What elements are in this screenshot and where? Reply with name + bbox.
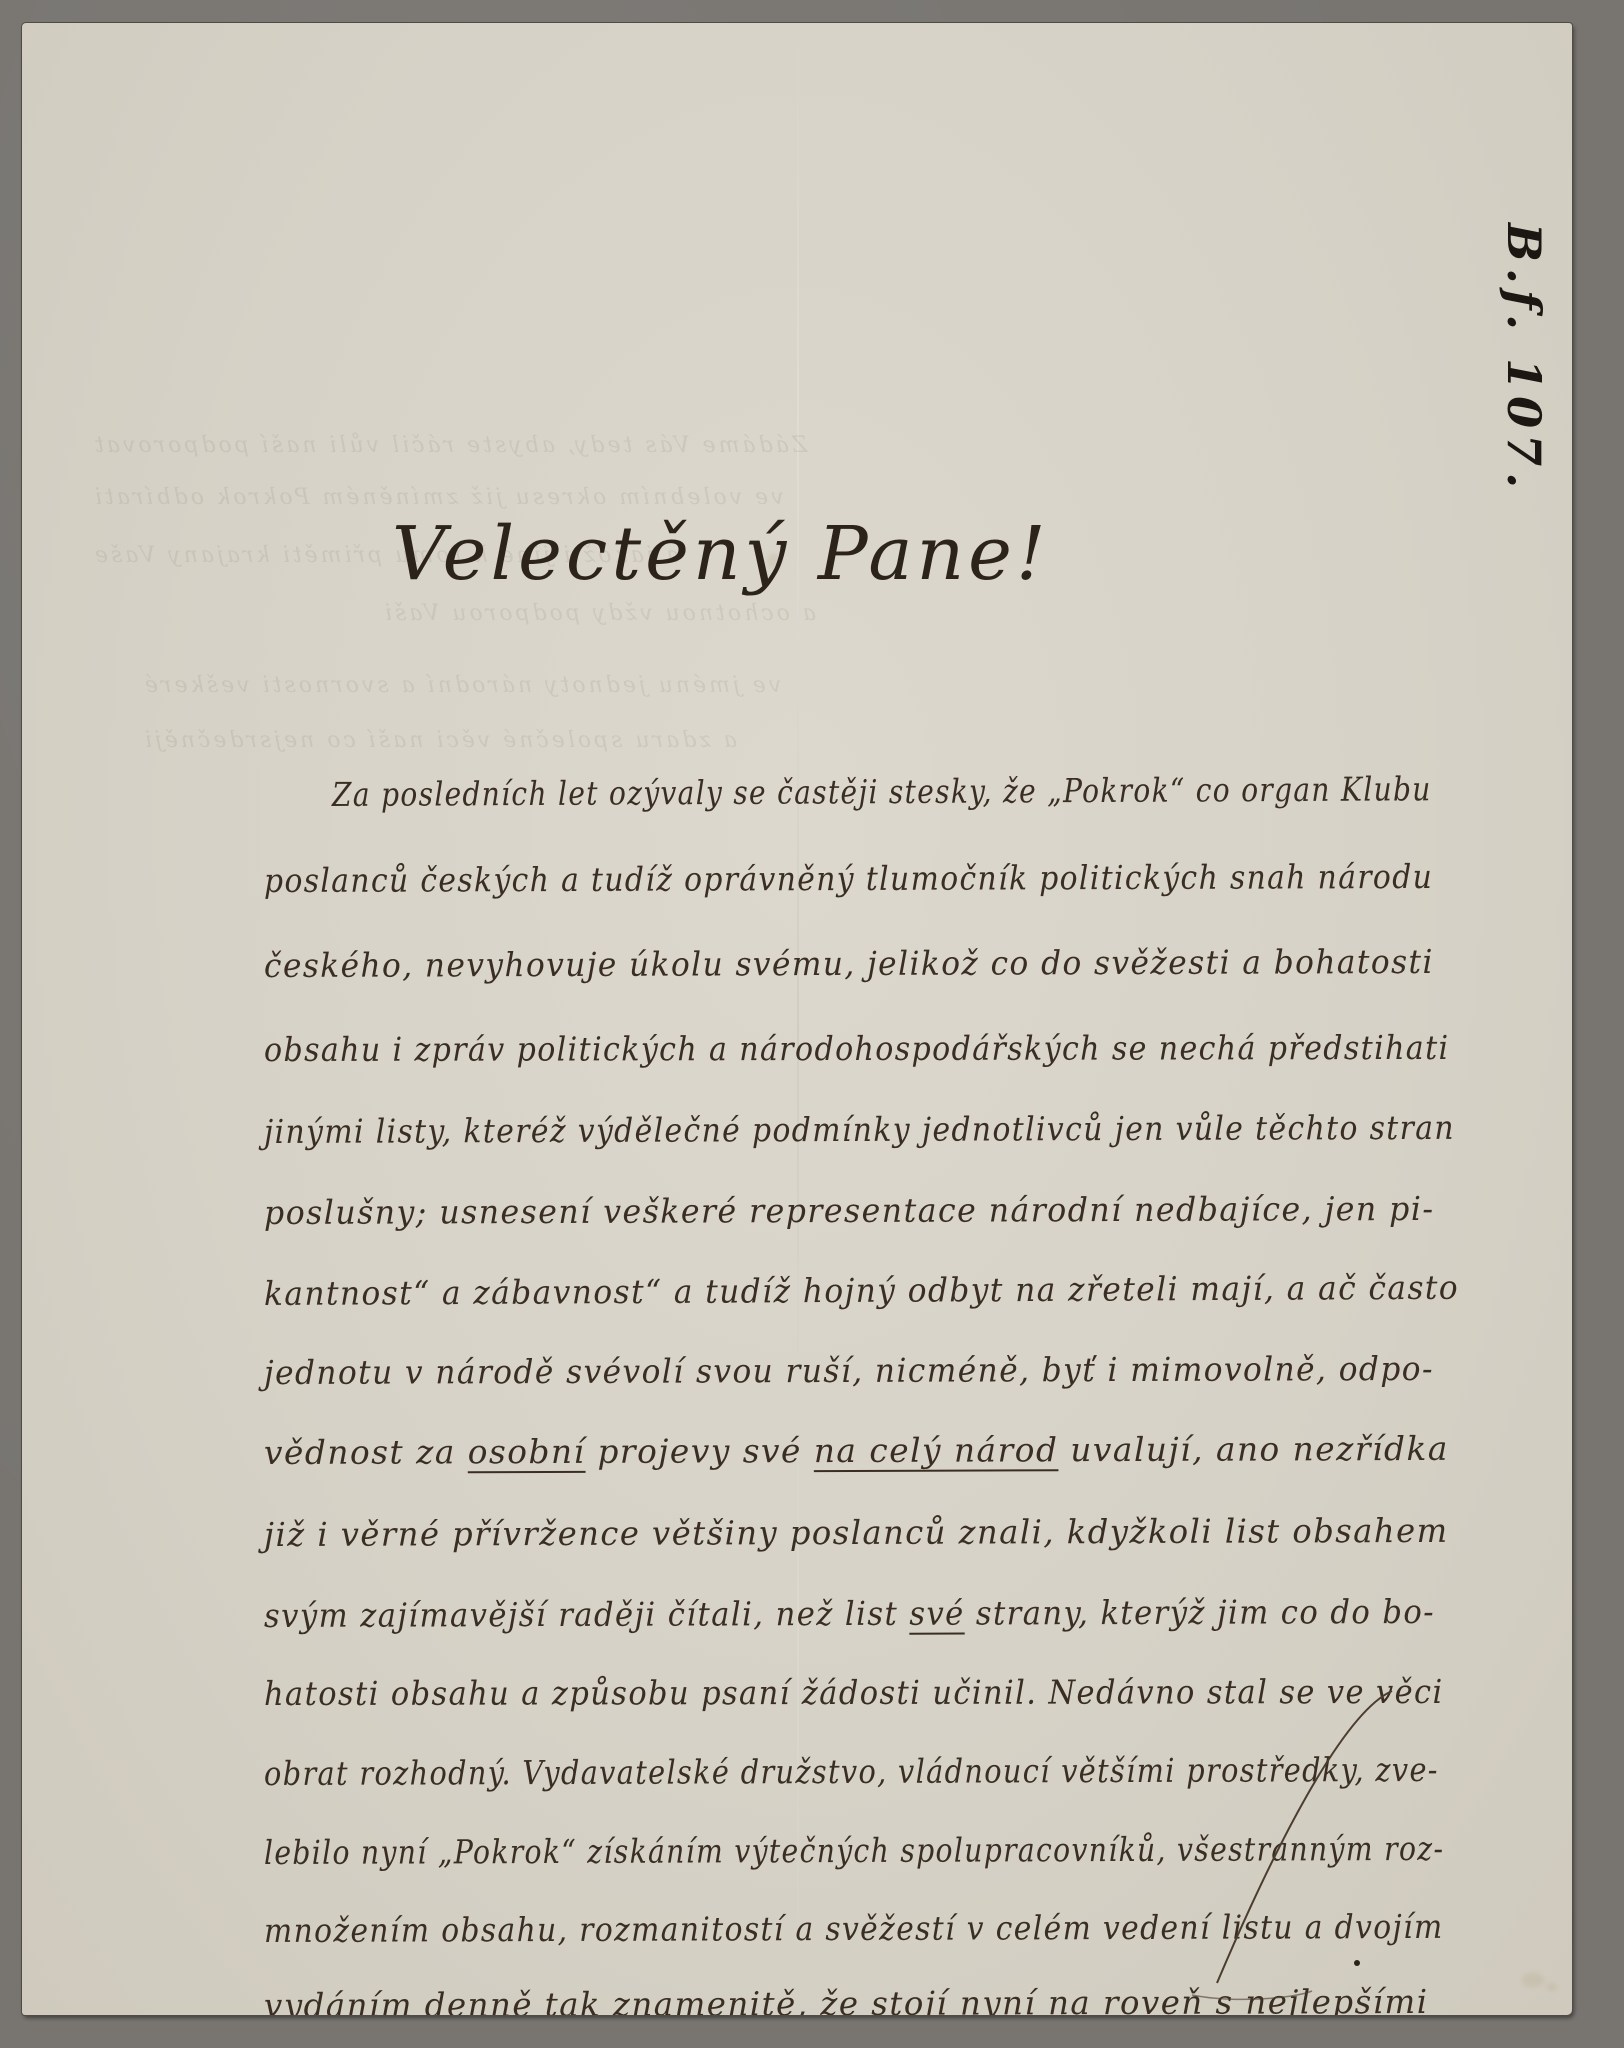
letter-line-1: Za posledních let ozývaly se častěji ste… xyxy=(332,769,1432,814)
letter-line-9: vědnost za osobní projevy své na celý ná… xyxy=(264,1429,1449,1472)
letter-line-8: jednotu v národě svévolí svou ruší, nicm… xyxy=(264,1349,1434,1392)
letter-line-6: poslušny; usnesení veškeré representace … xyxy=(264,1189,1435,1232)
letter-line-7: kantnost“ a zábavnost“ a tudíž hojný odb… xyxy=(264,1268,1459,1313)
letter-sheet: Zádáme Vás tedy, abyste ráčil vůli naší … xyxy=(22,23,1572,2015)
letter-line-4: obsahu i zpráv politických a národohospo… xyxy=(264,1028,1450,1069)
page-turn-flourish xyxy=(1162,1673,1462,2003)
letter-line-3: českého, nevyhovuje úkolu svému, jelikož… xyxy=(264,942,1434,985)
letter-line-11: svým zajímavější raději čítali, než list… xyxy=(264,1592,1435,1635)
letter-line-5: jinými listy, kteréž výdělečné podmínky … xyxy=(264,1108,1455,1151)
letter-line-10: již i věrné přívržence většiny poslanců … xyxy=(264,1511,1449,1554)
letter-line-2: poslanců českých a tudíž oprávněný tlumo… xyxy=(264,857,1433,900)
